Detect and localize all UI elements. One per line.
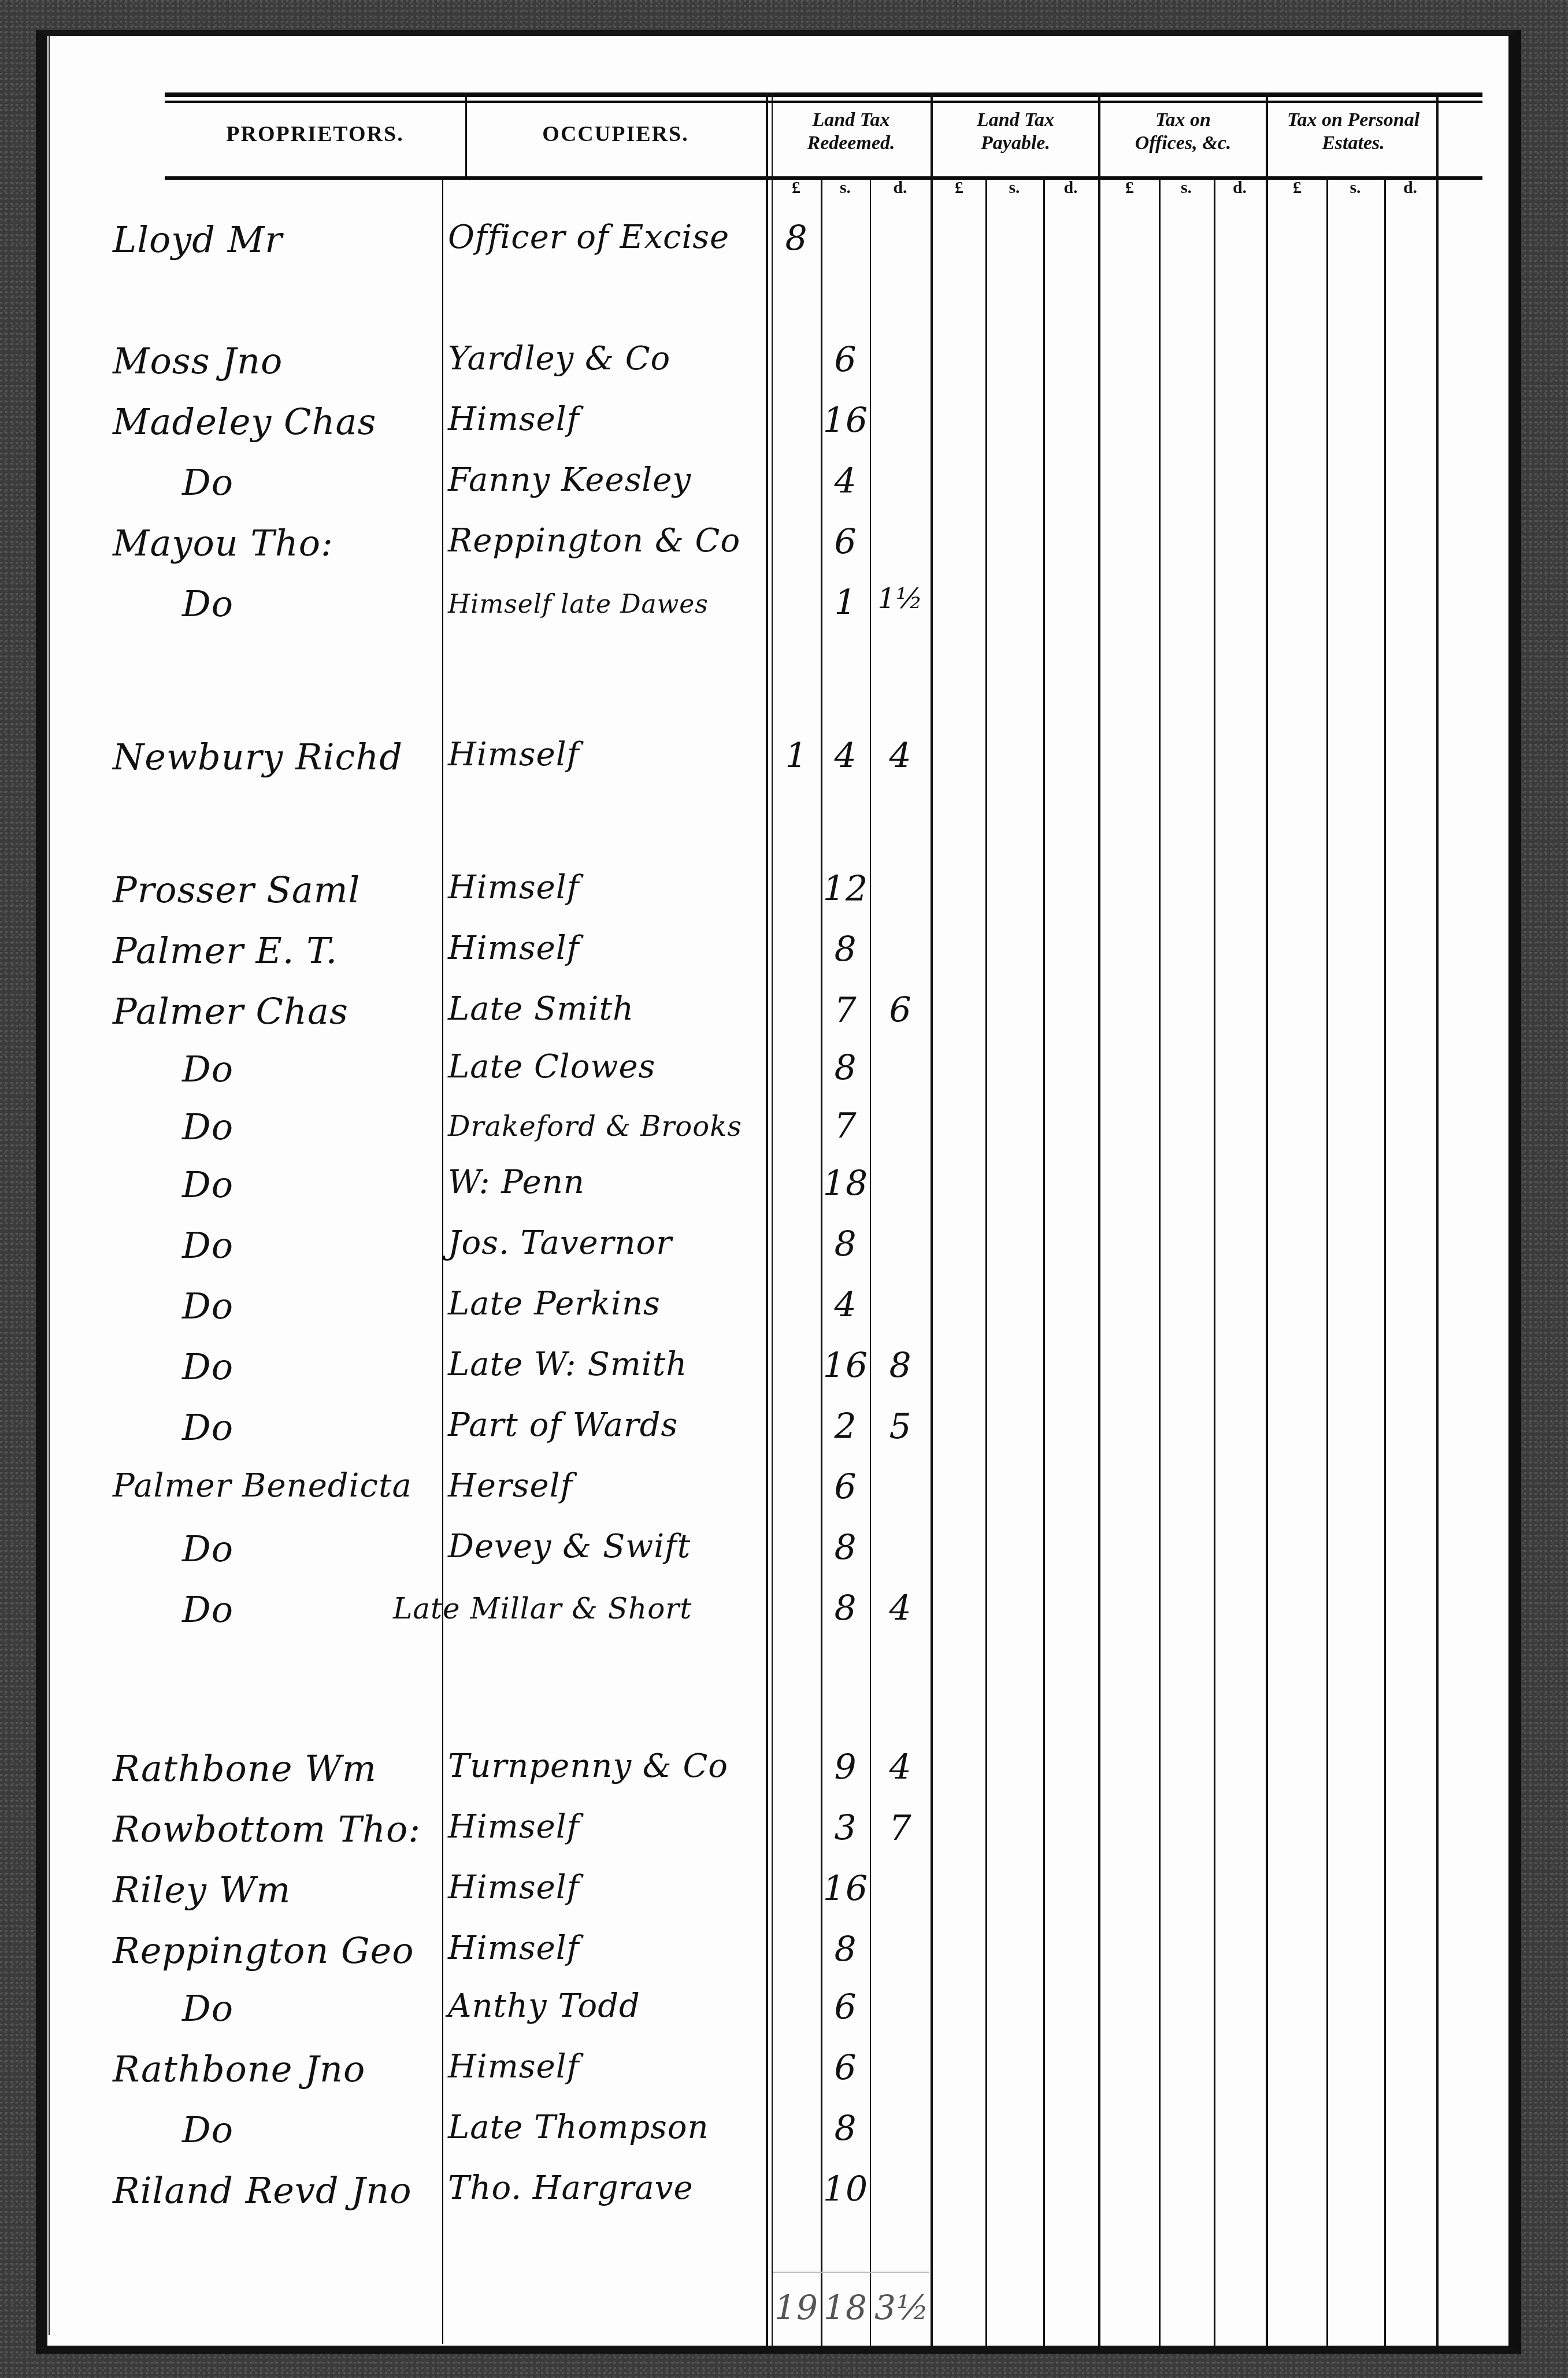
shillings-value: 7 xyxy=(820,1106,872,1146)
header-land-tax-redeemed: Land Tax Redeemed. xyxy=(772,109,931,155)
shillings-value: 8 xyxy=(820,1224,872,1265)
total-pence: 3½ xyxy=(874,2288,926,2327)
shillings-value: 7 xyxy=(820,990,872,1031)
occupier-name: Late Millar & Short xyxy=(393,1592,705,1625)
occupier-name: Late Clowes xyxy=(448,1048,760,1086)
table-row: Rathbone Jno Himself 6 xyxy=(165,2043,1482,2101)
occupier-name: Himself xyxy=(448,736,760,773)
table-row: Riley Wm Himself 16 xyxy=(165,1864,1482,1922)
shillings-value: 1 xyxy=(820,583,872,623)
table-row: Do Part of Wards 2 5 xyxy=(165,1402,1482,1460)
table-row: Palmer E. T. Himself 8 xyxy=(165,925,1482,983)
shillings-value: 9 xyxy=(820,1747,872,1788)
top-rule-thick xyxy=(165,92,1482,97)
proprietor-name: Palmer E. T. xyxy=(113,929,483,972)
shillings-value: 8 xyxy=(820,1929,872,1970)
top-rule-thin xyxy=(165,101,1482,103)
unit-pounds: £ xyxy=(933,178,985,198)
header-tax-on-personal-estates: Tax on Personal Estates. xyxy=(1268,109,1439,155)
occupier-name: Drakeford & Brooks xyxy=(448,1110,760,1143)
shillings-value: 4 xyxy=(820,1285,872,1325)
table-row: Do Jos. Tavernor 8 xyxy=(165,1220,1482,1277)
pence-value: 4 xyxy=(874,1747,926,1788)
proprietor-name: Palmer Chas xyxy=(113,990,483,1032)
shillings-value: 6 xyxy=(820,1987,872,2028)
binding-edge xyxy=(40,35,50,2335)
table-row: Do Himself late Dawes 1 1½ xyxy=(165,578,1482,636)
proprietor-name: Riley Wm xyxy=(113,1869,483,1911)
unit-shillings: s. xyxy=(821,178,870,198)
occupier-name: Turnpenny & Co xyxy=(448,1747,760,1785)
table-row: Do Late Perkins 4 xyxy=(165,1280,1482,1338)
totals-rule xyxy=(773,2272,929,2273)
occupier-name: Tho. Hargrave xyxy=(448,2169,760,2207)
unit-shillings: s. xyxy=(1326,178,1384,198)
occupier-name: Himself xyxy=(448,1869,760,1906)
unit-pence: d. xyxy=(870,178,931,198)
shillings-value: 12 xyxy=(820,869,872,909)
table-row: Lloyd Mr Officer of Excise 8 xyxy=(165,214,1482,272)
occupier-name: Himself xyxy=(448,1929,760,1967)
unit-pounds: £ xyxy=(772,178,821,198)
proprietor-name: Madeley Chas xyxy=(113,401,483,443)
pence-value: 7 xyxy=(874,1808,926,1849)
shillings-value: 8 xyxy=(820,929,872,970)
table-row: Moss Jno Yardley & Co 6 xyxy=(165,335,1482,393)
shillings-value: 8 xyxy=(820,1588,872,1629)
occupier-name: Herself xyxy=(448,1467,760,1505)
proprietor-name: Lloyd Mr xyxy=(113,218,483,261)
occupier-name: Officer of Excise xyxy=(448,218,760,256)
proprietor-name: Prosser Saml xyxy=(113,869,483,911)
shillings-value: 6 xyxy=(820,1467,872,1507)
pounds-value: 1 xyxy=(770,736,822,776)
table-row: Do Fanny Keesley 4 xyxy=(165,457,1482,514)
shillings-value: 16 xyxy=(820,1869,872,1909)
header-tax-on-offices: Tax on Offices, &c. xyxy=(1100,109,1266,155)
table-row: Do Devey & Swift 8 xyxy=(165,1523,1482,1581)
totals-row: 19 18 3½ xyxy=(165,2283,1482,2341)
shillings-value: 16 xyxy=(820,401,872,441)
table-row: Rathbone Wm Turnpenny & Co 9 4 xyxy=(165,1743,1482,1801)
unit-pounds: £ xyxy=(1268,178,1326,198)
occupier-name: Late Perkins xyxy=(448,1285,760,1323)
shillings-value: 8 xyxy=(820,1048,872,1088)
table-row: Reppington Geo Himself 8 xyxy=(165,1925,1482,1983)
occupier-name: Himself late Dawes xyxy=(448,590,760,619)
occupier-name: Himself xyxy=(448,2048,760,2086)
occupier-name: Late Thompson xyxy=(448,2109,760,2146)
occupier-name: Part of Wards xyxy=(448,1406,760,1444)
proprietor-name: Palmer Benedicta xyxy=(113,1467,483,1505)
pence-value: 8 xyxy=(874,1346,926,1386)
table-row: Do Late Millar & Short 8 4 xyxy=(165,1584,1482,1642)
unit-shillings: s. xyxy=(1159,178,1214,198)
table-row: Madeley Chas Himself 16 xyxy=(165,396,1482,454)
shillings-value: 6 xyxy=(820,2048,872,2088)
proprietor-name: Rathbone Wm xyxy=(113,1747,483,1790)
occupier-name: Reppington & Co xyxy=(448,522,760,560)
occupier-name: Fanny Keesley xyxy=(448,461,760,499)
proprietor-name: Rowbottom Tho: xyxy=(113,1808,483,1850)
occupier-name: Late Smith xyxy=(448,990,760,1028)
occupier-name: Yardley & Co xyxy=(448,340,760,377)
header-proprietors: PROPRIETORS. xyxy=(165,121,465,147)
table-row: Riland Revd Jno Tho. Hargrave 10 xyxy=(165,2165,1482,2223)
unit-shillings: s. xyxy=(985,178,1043,198)
unit-pence: d. xyxy=(1043,178,1098,198)
proprietor-name: Rathbone Jno xyxy=(113,2048,483,2090)
table-row: Do Late W: Smith 16 8 xyxy=(165,1341,1482,1399)
occupier-name: Jos. Tavernor xyxy=(448,1224,760,1262)
table-row: Do W: Penn 18 xyxy=(165,1159,1482,1217)
shillings-value: 6 xyxy=(820,340,872,380)
shillings-value: 8 xyxy=(820,2109,872,2149)
occupier-name: Himself xyxy=(448,929,760,967)
occupier-name: Anthy Todd xyxy=(448,1987,760,2025)
occupier-name: Himself xyxy=(448,1808,760,1846)
occupier-name: Himself xyxy=(448,869,760,906)
table-row: Rowbottom Tho: Himself 3 7 xyxy=(165,1803,1482,1861)
shillings-value: 8 xyxy=(820,1528,872,1568)
pence-value: 1½ xyxy=(874,583,926,615)
table-row: Do Drakeford & Brooks 7 xyxy=(165,1101,1482,1159)
shillings-value: 2 xyxy=(820,1406,872,1447)
table-row: Do Late Thompson 8 xyxy=(165,2104,1482,2162)
unit-pence: d. xyxy=(1214,178,1266,198)
table-row: Do Late Clowes 8 xyxy=(165,1043,1482,1101)
proprietor-name: Reppington Geo xyxy=(113,1929,483,1972)
table-row: Do Anthy Todd 6 xyxy=(165,1983,1482,2040)
unit-pounds: £ xyxy=(1100,178,1159,198)
shillings-value: 6 xyxy=(820,522,872,562)
pence-value: 4 xyxy=(874,736,926,776)
proprietor-name: Riland Revd Jno xyxy=(113,2169,483,2212)
shillings-value: 18 xyxy=(820,1164,872,1204)
occupier-name: W: Penn xyxy=(448,1164,760,1201)
occupier-name: Himself xyxy=(448,401,760,438)
proprietor-name: Mayou Tho: xyxy=(113,522,483,564)
pence-value: 5 xyxy=(874,1406,926,1447)
tax-assessment-table: PROPRIETORS. OCCUPIERS. Land Tax Redeeme… xyxy=(165,92,1482,2347)
table-row: Mayou Tho: Reppington & Co 6 xyxy=(165,517,1482,575)
pence-value: 6 xyxy=(874,990,926,1031)
table-row: Palmer Chas Late Smith 7 6 xyxy=(165,986,1482,1043)
total-shillings: 18 xyxy=(820,2288,872,2327)
shillings-value: 10 xyxy=(820,2169,872,2210)
total-pounds: 19 xyxy=(770,2288,822,2327)
header-occupiers: OCCUPIERS. xyxy=(465,121,766,147)
occupier-name: Devey & Swift xyxy=(448,1528,760,1565)
unit-pence: d. xyxy=(1384,178,1436,198)
table-row: Palmer Benedicta Herself 6 xyxy=(165,1462,1482,1520)
pounds-value: 8 xyxy=(770,218,822,259)
shillings-value: 3 xyxy=(820,1808,872,1849)
shillings-value: 4 xyxy=(820,461,872,502)
proprietor-name: Newbury Richd xyxy=(113,736,483,778)
shillings-value: 4 xyxy=(820,736,872,776)
proprietor-name: Moss Jno xyxy=(113,340,483,382)
pence-value: 4 xyxy=(874,1588,926,1629)
header-land-tax-payable: Land Tax Payable. xyxy=(933,109,1098,155)
occupier-name: Late W: Smith xyxy=(448,1346,760,1383)
table-row: Newbury Richd Himself 1 4 4 xyxy=(165,731,1482,789)
table-row: Prosser Saml Himself 12 xyxy=(165,864,1482,922)
shillings-value: 16 xyxy=(820,1346,872,1386)
